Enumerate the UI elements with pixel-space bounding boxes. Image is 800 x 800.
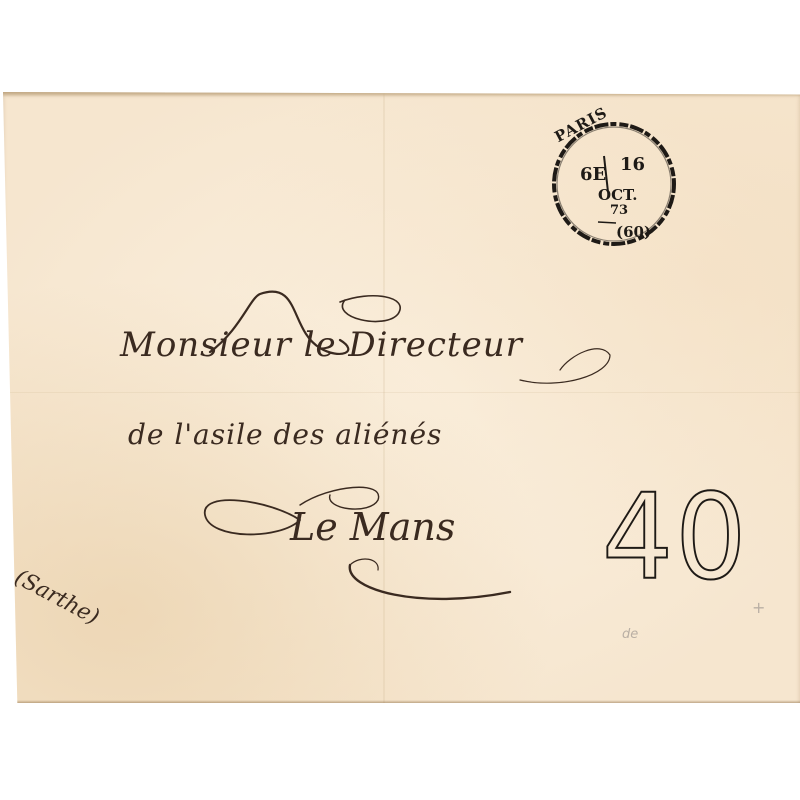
address-line-institution: de l'asile des aliénés [128, 418, 442, 451]
pencil-cross: + [752, 598, 765, 617]
address-line-city: Le Mans [290, 505, 455, 549]
paper-fold [383, 92, 385, 703]
address-line-recipient: Monsieur le Directeur [120, 325, 523, 365]
postmark-department: (60) [616, 223, 651, 241]
pencil-note: de [622, 627, 638, 642]
envelope [3, 92, 800, 703]
postmark-year: 73 [610, 203, 628, 218]
paper-fold [3, 392, 800, 393]
postmark-month: OCT. [598, 186, 637, 204]
postmark-office: 6E [580, 164, 606, 185]
paris-postmark: PARIS 6E 16 OCT. 73 (60) [550, 120, 678, 248]
postmark-day: 16 [620, 154, 645, 175]
postage-due-mark: 40 [602, 478, 748, 596]
